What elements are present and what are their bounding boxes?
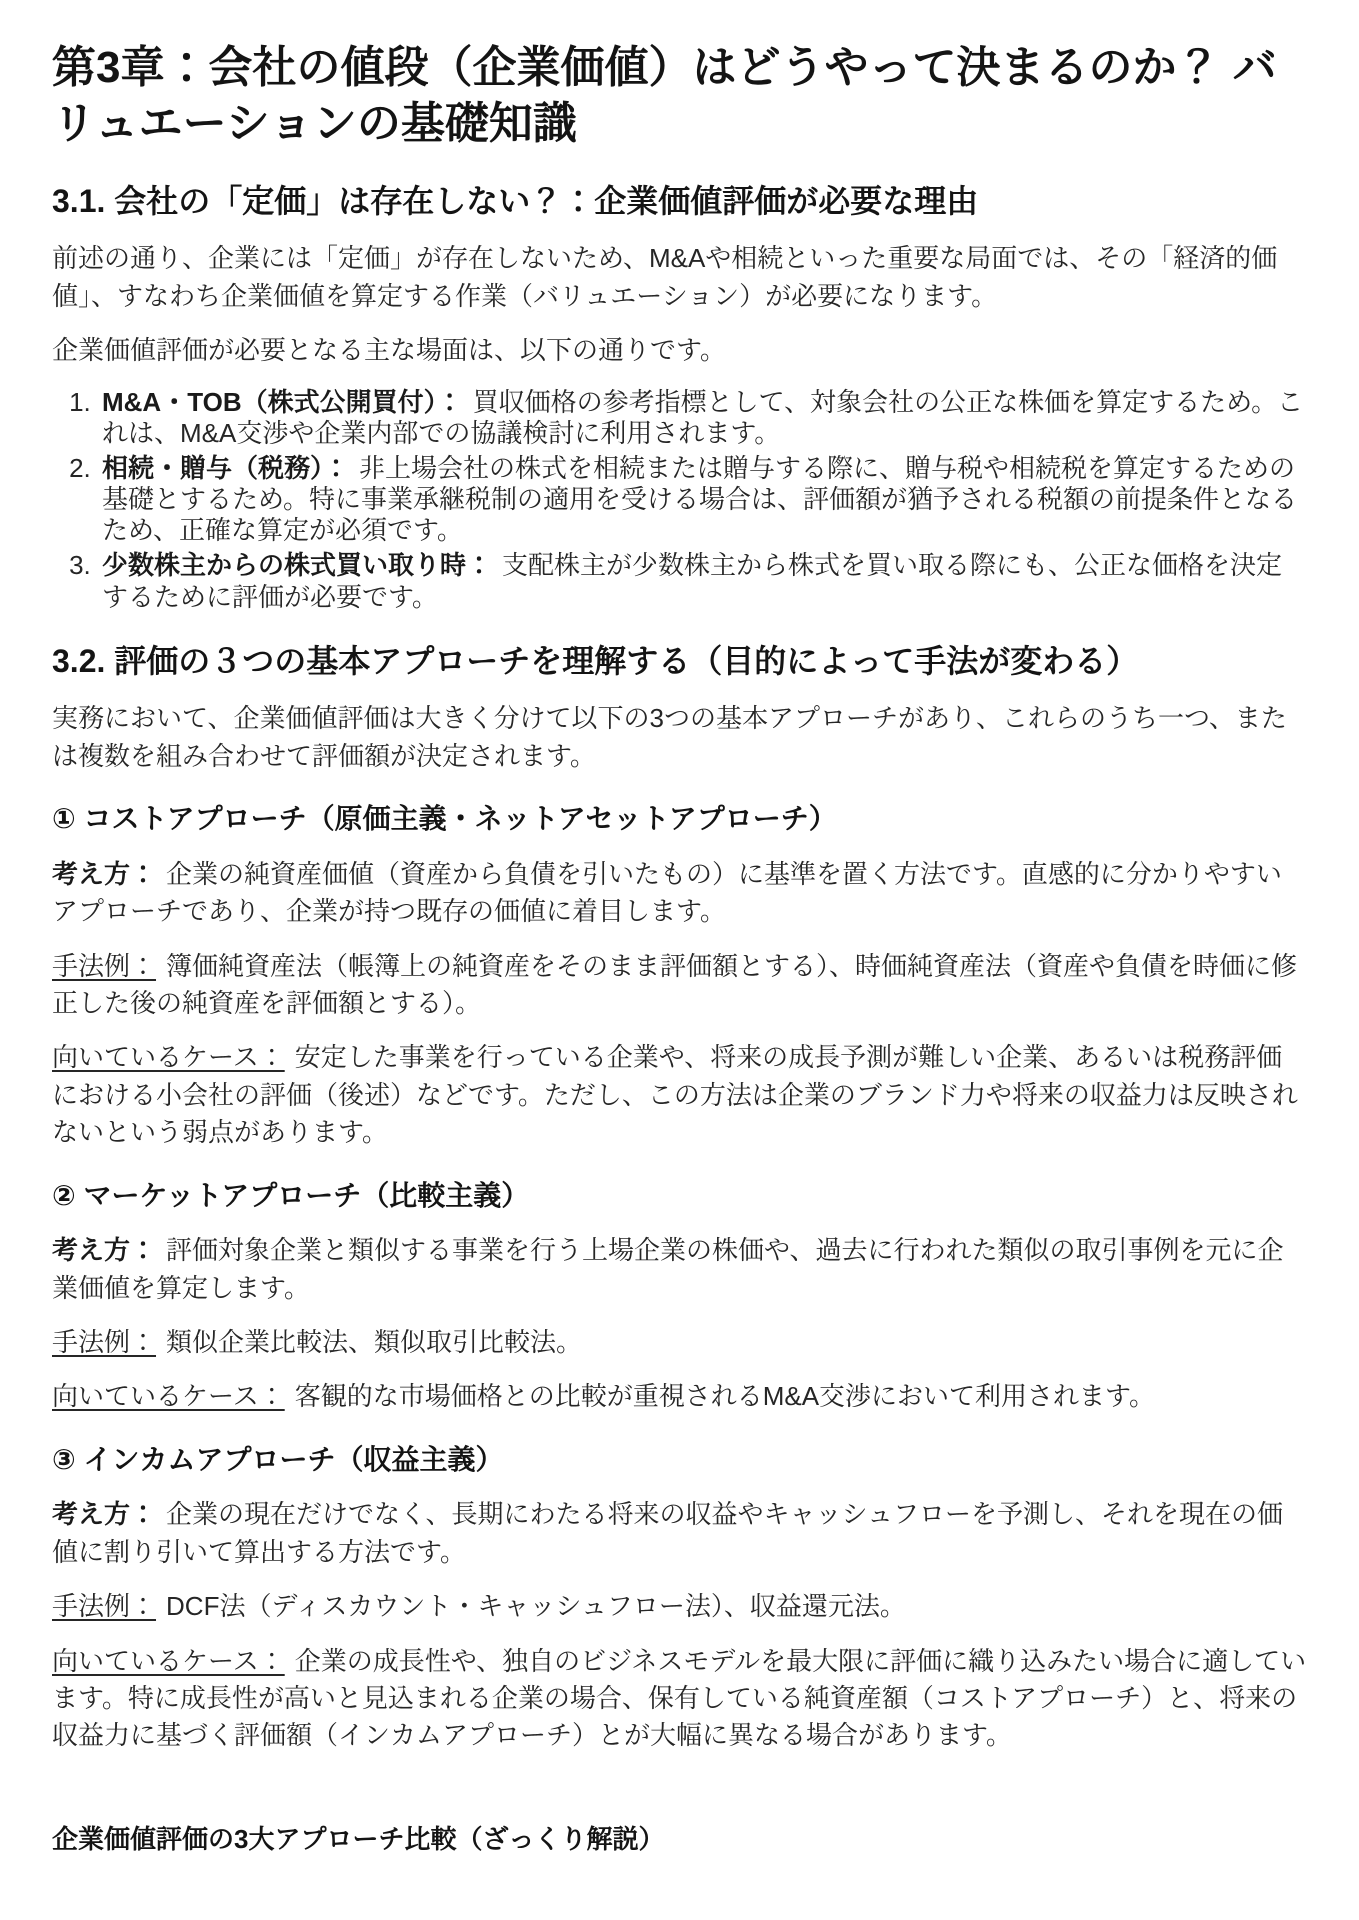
- methods-text: 簿価純資産法（帳簿上の純資産をそのまま評価額とする）、時価純資産法（資産や負債を…: [52, 951, 1297, 1018]
- approach-3-thinking: 考え方：企業の現在だけでなく、長期にわたる将来の収益やキャッシュフローを予測し、…: [52, 1496, 1307, 1571]
- thinking-label: 考え方：: [52, 1499, 156, 1529]
- section-3-2-intro: 実務において、企業価値評価は大きく分けて以下の3つの基本アプローチがあり、これら…: [52, 700, 1307, 775]
- section-3-1-heading: 3.1. 会社の「定価」は存在しない？：企業価値評価が必要な理由: [52, 181, 1307, 223]
- approach-1-thinking: 考え方：企業の純資産価値（資産から負債を引いたもの）に基準を置く方法です。直感的…: [52, 856, 1307, 931]
- suitable-case-label: 向いているケース：: [52, 1042, 285, 1072]
- thinking-text: 企業の現在だけでなく、長期にわたる将来の収益やキャッシュフローを予測し、それを現…: [52, 1499, 1283, 1566]
- approach-1-methods: 手法例：簿価純資産法（帳簿上の純資産をそのまま評価額とする）、時価純資産法（資産…: [52, 948, 1307, 1023]
- approach-2-methods: 手法例：類似企業比較法、類似取引比較法。: [52, 1324, 1307, 1361]
- approach-2-suitable-case: 向いているケース：客観的な市場価格との比較が重視されるM&A交渉において利用され…: [52, 1378, 1307, 1415]
- section-3-1-paragraph-2: 企業価値評価が必要となる主な場面は、以下の通りです。: [52, 332, 1307, 369]
- thinking-text: 企業の純資産価値（資産から負債を引いたもの）に基準を置く方法です。直感的に分かり…: [52, 859, 1282, 926]
- methods-text: 類似企業比較法、類似取引比較法。: [166, 1327, 582, 1357]
- list-item-label: M&A・TOB（株式公開買付）：: [102, 387, 463, 417]
- methods-label: 手法例：: [52, 1327, 156, 1357]
- thinking-text: 評価対象企業と類似する事業を行う上場企業の株価や、過去に行われた類似の取引事例を…: [52, 1235, 1284, 1302]
- methods-label: 手法例：: [52, 951, 156, 981]
- section-3-2-heading: 3.2. 評価の３つの基本アプローチを理解する（目的によって手法が変わる）: [52, 641, 1307, 683]
- suitable-case-label: 向いているケース：: [52, 1646, 285, 1676]
- thinking-label: 考え方：: [52, 859, 156, 889]
- approach-3-income-heading: ③ インカムアプローチ（収益主義）: [52, 1442, 1307, 1478]
- valuation-scenes-list: M&A・TOB（株式公開買付）：買収価格の参考指標として、対象会社の公正な株価を…: [52, 387, 1307, 613]
- approach-3-suitable-case: 向いているケース：企業の成長性や、独自のビジネスモデルを最大限に評価に織り込みた…: [52, 1643, 1307, 1755]
- approach-1-suitable-case: 向いているケース：安定した事業を行っている企業や、将来の成長予測が難しい企業、あ…: [52, 1039, 1307, 1151]
- section-3-1-paragraph-1: 前述の通り、企業には「定価」が存在しないため、M&Aや相続といった重要な局面では…: [52, 240, 1307, 315]
- methods-label: 手法例：: [52, 1591, 156, 1621]
- comparison-table-heading: 企業価値評価の3大アプローチ比較（ざっくり解説）: [52, 1819, 1307, 1856]
- suitable-case-label: 向いているケース：: [52, 1381, 285, 1411]
- methods-text: DCF法（ディスカウント・キャッシュフロー法）、収益還元法。: [166, 1591, 906, 1621]
- list-item-label: 少数株主からの株式買い取り時：: [102, 550, 492, 580]
- list-item-ma-tob: M&A・TOB（株式公開買付）：買収価格の参考指標として、対象会社の公正な株価を…: [98, 387, 1307, 449]
- thinking-label: 考え方：: [52, 1235, 156, 1265]
- approach-2-thinking: 考え方：評価対象企業と類似する事業を行う上場企業の株価や、過去に行われた類似の取…: [52, 1232, 1307, 1307]
- approach-2-market-heading: ② マーケットアプローチ（比較主義）: [52, 1178, 1307, 1214]
- chapter-title: 第3章：会社の値段（企業価値）はどうやって決まるのか？ バリュエーションの基礎知…: [52, 40, 1307, 153]
- suitable-case-text: 客観的な市場価格との比較が重視されるM&A交渉において利用されます。: [295, 1381, 1155, 1411]
- document-page: 第3章：会社の値段（企業価値）はどうやって決まるのか？ バリュエーションの基礎知…: [0, 0, 1359, 1920]
- list-item-inheritance-gift: 相続・贈与（税務）：非上場会社の株式を相続または贈与する際に、贈与税や相続税を算…: [98, 453, 1307, 547]
- list-item-label: 相続・贈与（税務）：: [102, 453, 349, 483]
- approach-3-methods: 手法例：DCF法（ディスカウント・キャッシュフロー法）、収益還元法。: [52, 1588, 1307, 1625]
- list-item-minority-buyout: 少数株主からの株式買い取り時：支配株主が少数株主から株式を買い取る際にも、公正な…: [98, 550, 1307, 612]
- approach-1-cost-heading: ① コストアプローチ（原価主義・ネットアセットアプローチ）: [52, 801, 1307, 837]
